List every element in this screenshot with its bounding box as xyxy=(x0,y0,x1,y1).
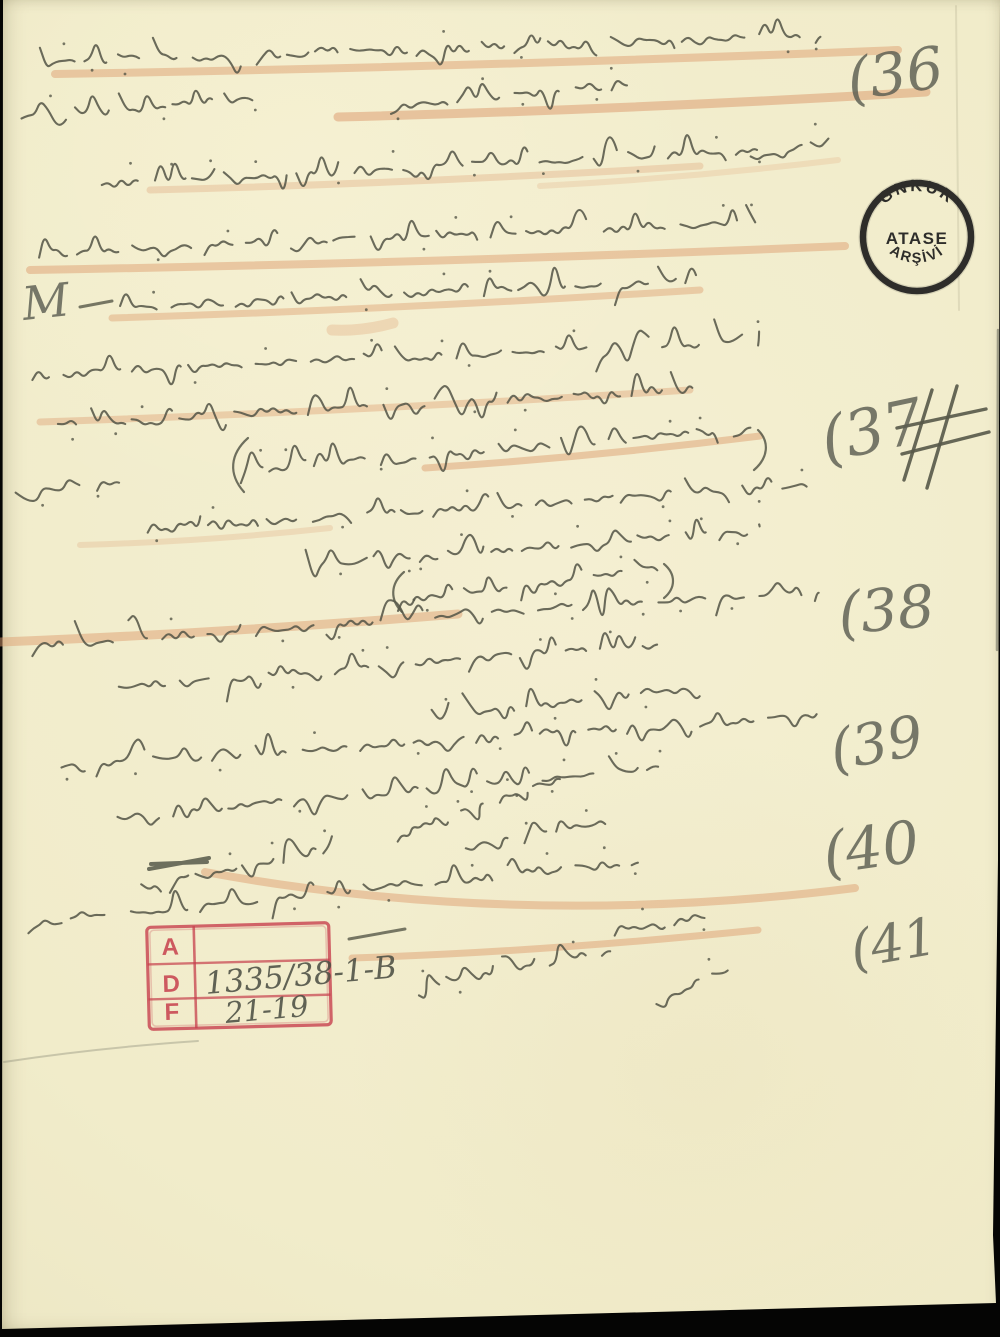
diacritic-dot xyxy=(292,686,295,689)
diacritic-dot xyxy=(473,174,476,177)
diacritic-dot xyxy=(736,542,739,545)
diacritic-dot xyxy=(313,731,316,734)
diacritic-dot xyxy=(662,505,665,508)
diacritic-dot xyxy=(63,42,66,45)
diacritic-dot xyxy=(114,432,117,435)
diacritic-dot xyxy=(572,941,575,944)
diacritic-dot xyxy=(386,646,389,649)
diacritic-dot xyxy=(425,805,428,808)
diacritic-dot xyxy=(413,598,416,601)
diacritic-dot xyxy=(471,864,474,867)
handwriting-line xyxy=(58,372,692,430)
diacritic-dot xyxy=(814,123,817,126)
orange-underlines xyxy=(0,50,926,958)
diacritic-dot xyxy=(392,150,395,153)
diacritic-dot xyxy=(170,163,173,166)
handwriting-line xyxy=(118,756,659,824)
diacritic-dot xyxy=(423,248,426,251)
diacritic-dot xyxy=(642,613,645,616)
handwriting-line xyxy=(28,912,104,933)
annotation-mark xyxy=(4,1041,198,1062)
diacritic-dot xyxy=(155,539,158,542)
margin-number: (39 xyxy=(825,704,928,784)
diacritic-dot xyxy=(801,469,804,472)
red-stamp-label-f: F xyxy=(164,999,179,1026)
diacritic-dot xyxy=(460,533,463,536)
diacritic-dot xyxy=(699,417,702,420)
diacritic-dot xyxy=(380,468,383,471)
diacritic-dot xyxy=(539,638,542,641)
diacritic-dot xyxy=(731,607,734,610)
diacritic-dot xyxy=(554,592,557,595)
margin-number: M xyxy=(19,272,74,331)
underline-stroke xyxy=(425,436,760,468)
diacritic-dot xyxy=(194,381,197,384)
underline-stroke xyxy=(80,528,330,545)
diacritic-dot xyxy=(563,759,566,762)
diacritic-dot xyxy=(499,747,502,750)
handwriting-line xyxy=(656,971,727,1007)
diacritic-dot xyxy=(387,899,390,902)
handwriting-line xyxy=(16,480,120,501)
diacritic-dot xyxy=(362,649,365,652)
diacritic-dot xyxy=(669,520,672,523)
diacritic-dot xyxy=(546,852,549,855)
scanned-document: (36(37(38(39(40(41M GNKUR ATASE ARŞİVİ xyxy=(0,0,1000,1337)
diacritic-dot xyxy=(470,790,473,793)
diacritic-dot xyxy=(585,809,588,812)
diacritic-dot xyxy=(134,772,137,775)
diacritic-dot xyxy=(700,517,703,520)
diacritic-dot xyxy=(264,347,267,350)
diacritic-dot xyxy=(708,958,711,961)
diacritic-dot xyxy=(408,570,411,573)
diacritic-dot xyxy=(787,50,790,53)
diacritic-dot xyxy=(338,636,341,639)
diacritic-dot xyxy=(750,204,753,207)
underline-stroke xyxy=(205,872,855,906)
diacritic-dot xyxy=(417,752,420,755)
diacritic-dot xyxy=(525,822,528,825)
handwriting-line xyxy=(432,689,700,719)
diacritic-dot xyxy=(468,364,471,367)
diacritic-dot xyxy=(571,617,574,620)
diacritic-dot xyxy=(757,320,760,323)
diacritic-dot xyxy=(722,204,725,207)
diacritic-dot xyxy=(397,117,400,120)
diacritic-dot xyxy=(506,778,509,781)
diacritic-dot xyxy=(637,170,640,173)
diacritic-dot xyxy=(669,420,672,423)
annotation-mark xyxy=(349,929,405,939)
diacritic-dot xyxy=(426,609,429,612)
diacritic-dot xyxy=(595,678,598,681)
diacritic-dot xyxy=(66,778,69,781)
diacritic-dot xyxy=(323,829,326,832)
diacritic-dot xyxy=(443,273,446,276)
handwriting-line xyxy=(62,713,817,776)
margin-number: (38 xyxy=(835,572,937,648)
diacritic-dot xyxy=(551,790,554,793)
diacritic-dot xyxy=(715,136,718,139)
diacritic-dot xyxy=(489,270,492,273)
underline-stroke xyxy=(352,930,758,958)
handwriting-line xyxy=(615,915,705,935)
diacritic-dot xyxy=(157,258,160,261)
annotation-mark xyxy=(149,858,209,869)
diacritic-dot xyxy=(441,340,444,343)
diacritic-dot xyxy=(219,769,222,772)
diacritic-dot xyxy=(298,810,301,813)
diacritic-dot xyxy=(281,640,284,643)
diacritic-dot xyxy=(758,161,761,164)
diacritic-dot xyxy=(229,852,232,855)
diacritic-dot xyxy=(645,706,648,709)
diacritic-dot xyxy=(466,489,469,492)
handwriting-line xyxy=(148,478,807,532)
margin-number: (40 xyxy=(818,807,923,888)
diacritic-dot xyxy=(41,504,44,507)
red-stamp-label-a: A xyxy=(161,934,179,961)
underline-stroke xyxy=(0,614,458,642)
red-stamp-divider xyxy=(194,926,197,1028)
annotation-mark xyxy=(664,564,673,598)
diacritic-dot xyxy=(339,573,342,576)
round-archive-stamp: GNKUR ATASE ARŞİVİ xyxy=(863,177,971,291)
diacritic-dot xyxy=(542,172,545,175)
diacritic-dot xyxy=(124,73,127,76)
annotation-mark xyxy=(927,386,957,488)
stamp-top-text: GNKUR xyxy=(876,177,959,208)
diacritic-dot xyxy=(341,526,344,529)
diacritic-dot xyxy=(254,160,257,163)
diacritic-dot xyxy=(370,339,373,342)
diacritic-dot xyxy=(97,495,100,498)
handwriting-line xyxy=(241,427,751,484)
diacritic-dot xyxy=(603,846,606,849)
diacritic-dot xyxy=(481,77,484,80)
underline-stroke xyxy=(55,50,898,74)
diacritic-dot xyxy=(520,56,523,59)
diacritic-dot xyxy=(337,906,340,909)
diacritic-dot xyxy=(212,506,215,509)
handwriting-line xyxy=(306,520,760,577)
diacritic-dot xyxy=(646,581,649,584)
diacritic-dot xyxy=(524,409,527,412)
red-stamp-label-d: D xyxy=(162,971,180,998)
diacritic-dot xyxy=(641,908,644,911)
diacritic-dot xyxy=(163,117,166,120)
handwriting-line xyxy=(398,779,560,842)
underline-stroke xyxy=(30,246,845,270)
archive-page-reference: 21-19 xyxy=(223,989,310,1030)
diacritic-dot xyxy=(454,216,457,219)
diacritic-dot xyxy=(91,69,94,72)
diacritic-dot xyxy=(615,752,618,755)
diacritic-dot xyxy=(473,410,476,413)
diacritic-dot xyxy=(445,698,448,701)
handwriting-line xyxy=(22,91,253,125)
handwriting-lines xyxy=(16,19,829,1006)
diacritic-dot xyxy=(510,215,513,218)
diacritic-dot xyxy=(609,631,612,634)
diacritic-dot xyxy=(385,387,388,390)
underline-stroke xyxy=(338,92,926,117)
diacritic-dot xyxy=(365,308,368,311)
diacritic-dot xyxy=(679,610,682,613)
diacritic-dot xyxy=(284,448,287,451)
diacritic-dot xyxy=(521,103,524,106)
diacritic-dot xyxy=(703,928,706,931)
annotation-layer: (36(37(38(39(40(41M GNKUR ATASE ARŞİVİ xyxy=(0,0,1000,1337)
diacritic-dot xyxy=(514,429,517,432)
diacritic-dot xyxy=(421,970,424,973)
diacritic-dot xyxy=(49,95,52,98)
margin-number: (41 xyxy=(846,907,942,981)
diacritic-dot xyxy=(573,329,576,332)
diacritic-dot xyxy=(815,48,818,51)
margin-number: (36 xyxy=(842,33,947,114)
diacritic-dot xyxy=(442,30,445,33)
underline-stroke xyxy=(150,166,700,190)
diacritic-dot xyxy=(293,907,296,910)
handwriting-line xyxy=(119,633,657,701)
annotation-mark xyxy=(80,301,112,307)
diacritic-dot xyxy=(129,162,132,165)
annotation-mark xyxy=(997,330,998,650)
diacritic-dot xyxy=(209,159,212,162)
diacritic-dot xyxy=(141,405,144,408)
diacritic-dot xyxy=(152,291,155,294)
diacritic-dot xyxy=(337,182,340,185)
diacritic-dot xyxy=(576,525,579,528)
diacritic-dot xyxy=(758,500,761,503)
margin-number: (37 xyxy=(814,384,931,477)
diacritic-dot xyxy=(610,67,613,70)
diacritic-dot xyxy=(71,438,74,441)
diacritic-dot xyxy=(419,568,422,571)
diacritic-dot xyxy=(459,991,462,994)
handwriting-line xyxy=(466,821,605,849)
diacritic-dot xyxy=(457,800,460,803)
diacritic-dot xyxy=(259,449,262,452)
underline-stroke xyxy=(332,323,393,330)
diacritic-dot xyxy=(271,842,274,845)
diacritic-dot xyxy=(554,717,557,720)
diacritic-dot xyxy=(595,98,598,101)
diacritic-dot xyxy=(511,515,514,518)
diacritic-dot xyxy=(431,437,434,440)
handwriting-line xyxy=(751,139,829,159)
diacritic-dot xyxy=(254,109,257,112)
handwriting-line xyxy=(32,319,759,384)
diacritic-dot xyxy=(620,556,623,559)
diacritic-dot xyxy=(170,618,173,621)
diacritic-dot xyxy=(227,230,230,233)
diacritic-dot xyxy=(659,750,662,753)
diacritic-dot xyxy=(634,872,637,875)
